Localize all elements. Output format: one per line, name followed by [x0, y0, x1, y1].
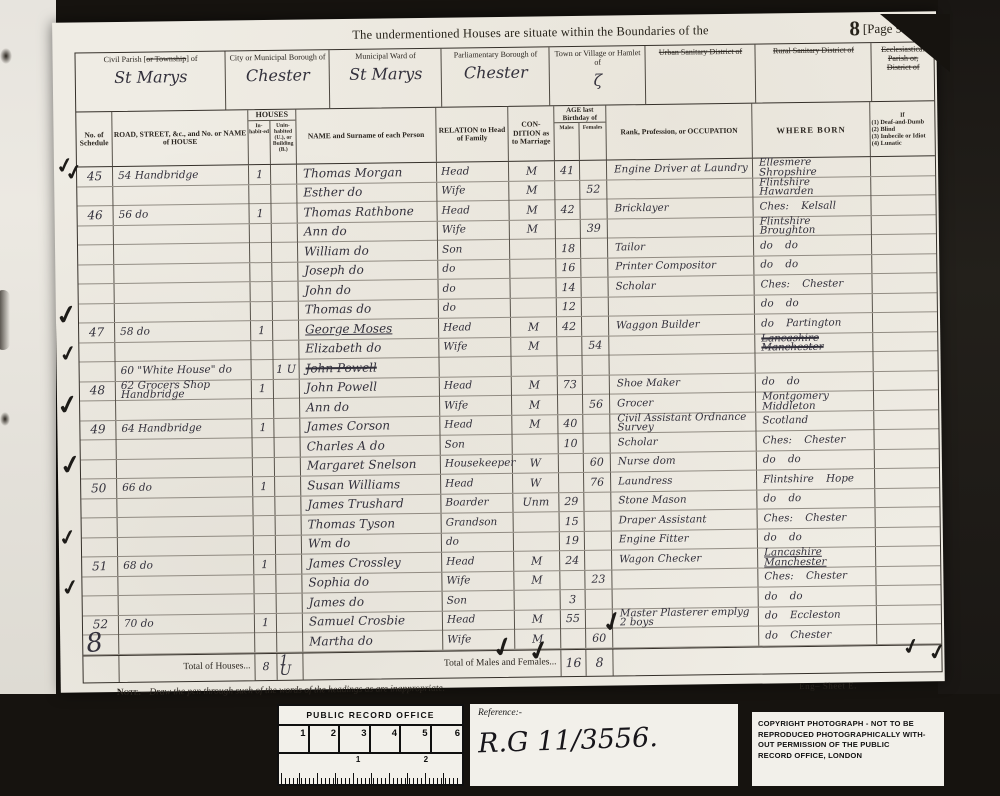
pro-title: PUBLIC RECORD OFFICE: [279, 706, 462, 726]
cell-relation: do: [439, 298, 511, 317]
cell-age-female: 52: [580, 180, 607, 199]
cell-infirmity: [874, 371, 938, 391]
copyright-line: REPRODUCED PHOTOGRAPHICALLY WITH-: [758, 730, 938, 741]
check-mark: ✓: [54, 389, 81, 423]
cell-where-born: Montgomery Middleton: [756, 391, 874, 412]
ruler-inch-number: 2: [310, 726, 341, 752]
district-box: Urban Sanitary District of: [645, 45, 756, 104]
cell-inhabited: 1: [249, 204, 271, 223]
cell-relation: Wife: [442, 571, 514, 590]
cell-name: Esther do: [297, 182, 437, 203]
cell-uninhabited: [272, 223, 298, 242]
cell-relation: Housekeeper: [441, 454, 513, 473]
cell-uninhabited: [277, 594, 303, 613]
cell-road: [113, 185, 249, 206]
cell-where-born: do Chester: [759, 625, 877, 645]
cell-schedule: [80, 401, 116, 420]
cell-occupation: [612, 568, 758, 588]
district-label: Town or Village or Hamlet of: [553, 48, 641, 67]
cell-uninhabited: [274, 399, 300, 418]
cell-age-male: 40: [558, 414, 583, 433]
cell-age-male: 29: [559, 492, 584, 511]
cell-where-born: Ches: Chester: [758, 508, 876, 528]
cell-uninhabited: [275, 457, 301, 476]
cell-occupation: [609, 354, 755, 374]
public-record-office-scale: PUBLIC RECORD OFFICE 123456 12: [277, 704, 464, 786]
census-table: No. of Schedule ROAD, STREET, &c., and N…: [75, 100, 942, 683]
cell-schedule: 51: [82, 557, 118, 576]
cell-age-female: [583, 375, 610, 394]
district-box: Civil Parish [or Township] ofSt Marys: [75, 52, 226, 112]
cell-name: Elizabeth do: [299, 338, 439, 359]
district-label: Civil Parish [or Township] of: [80, 54, 222, 65]
col-header-houses: HOUSES In-habit-ed Unin-habited (U.), or…: [248, 110, 297, 165]
col-header-occupation: Rank, Profession, or OCCUPATION: [606, 104, 753, 160]
cell-occupation: Master Plasterer emplyg 2 boys: [613, 607, 759, 628]
cell-relation: do: [438, 259, 510, 278]
cell-infirmity: [875, 468, 939, 487]
copyright-line: RECORD OFFICE, LONDON: [758, 751, 938, 762]
cell-inhabited: [250, 243, 272, 262]
cell-road: [117, 497, 253, 517]
cell-condition: M: [514, 571, 560, 590]
cell-infirmity: [876, 566, 940, 585]
cell-condition: M: [512, 415, 558, 435]
cell-infirmity: [872, 254, 936, 273]
cell-where-born: do do: [757, 489, 875, 509]
cell-age-male: 41: [555, 161, 580, 180]
district-value: ζ: [554, 70, 642, 90]
cell-occupation: [607, 178, 753, 199]
cell-infirmity: [877, 605, 941, 625]
district-value: [760, 58, 868, 59]
cell-occupation: Bricklayer: [607, 198, 753, 218]
reference-value: R.G 11/3556.: [478, 720, 731, 760]
district-box: Town or Village or Hamlet ofζ: [549, 46, 646, 105]
cell-road: 60 "White House" do: [116, 360, 252, 380]
scan-smudge: [0, 48, 12, 64]
cell-road: [115, 282, 251, 302]
cell-where-born: do do: [755, 294, 873, 314]
cell-schedule: [81, 440, 117, 459]
cell-condition: M: [515, 610, 561, 630]
ruler-cm-number: 1: [356, 755, 360, 764]
cell-where-born: Ches: Chester: [758, 567, 876, 587]
cell-where-born: do do: [758, 528, 876, 548]
cell-occupation: Draper Assistant: [612, 510, 758, 530]
total-houses-uninhabited: 1 U: [277, 653, 303, 679]
cell-age-female: 76: [584, 473, 611, 492]
scan-smudge: [0, 290, 10, 350]
cell-age-male: [560, 570, 585, 589]
cell-age-female: 23: [585, 570, 612, 589]
cell-occupation: Engine Driver at Laundry: [607, 159, 753, 180]
cell-schedule: [82, 518, 118, 537]
cell-infirmity: [876, 507, 940, 526]
cell-age-female: [580, 200, 607, 219]
cell-schedule: [79, 284, 115, 303]
total-houses-inhabited: 8: [255, 653, 277, 679]
cell-condition: Unm: [513, 493, 559, 512]
scan-torn-corner: [880, 14, 950, 72]
cell-schedule: 50: [81, 479, 117, 498]
cell-schedule: [81, 498, 117, 517]
cell-age-male: 14: [556, 278, 581, 297]
cell-uninhabited: [271, 184, 297, 203]
cell-name: Joseph do: [298, 260, 438, 280]
cell-uninhabited: [276, 555, 302, 574]
cell-infirmity: [872, 273, 936, 292]
scan-right-edge: [938, 0, 1000, 694]
scan-left-margin: [0, 0, 56, 694]
cell-occupation: Shoe Maker: [610, 373, 756, 394]
col-header-schedule: No. of Schedule: [76, 112, 113, 166]
cell-infirmity: [873, 293, 937, 312]
check-mark: ✓: [57, 339, 79, 367]
cell-condition: M: [514, 551, 560, 571]
district-label: Rural Sanitary District of: [759, 45, 867, 55]
sheet-label: Eng– Sheet E.: [799, 680, 857, 691]
cell-inhabited: [254, 574, 276, 593]
cell-occupation: Wagon Checker: [612, 549, 758, 570]
col-header-inhabited: In-habit-ed: [248, 120, 271, 164]
cell-road: [115, 341, 251, 362]
cell-condition: [514, 532, 560, 551]
cell-road: 64 Handbridge: [116, 419, 252, 440]
totals-empty-cells: [613, 645, 941, 675]
cell-relation: Wife: [438, 220, 510, 240]
cell-condition: M: [511, 317, 557, 336]
cell-name: Thomas Tyson: [302, 514, 442, 534]
ruler-cm-number: 2: [424, 755, 428, 764]
cell-infirmity: [873, 351, 937, 370]
cell-uninhabited: [276, 535, 302, 554]
footnote: Note.—Draw the pen through such of the w…: [117, 683, 445, 697]
cell-infirmity: [871, 176, 935, 196]
cell-infirmity: [874, 429, 938, 448]
cell-schedule: [78, 245, 114, 264]
cell-inhabited: [254, 535, 276, 554]
district-box: Parliamentary Borough ofChester: [441, 47, 550, 106]
cell-name: John Powell: [300, 358, 440, 378]
cell-uninhabited: [273, 321, 299, 340]
cell-condition: M: [512, 395, 558, 415]
cell-where-born: Flintshire Broughton: [754, 216, 872, 237]
cell-relation: Head: [437, 162, 509, 182]
district-box: Rural Sanitary District of: [755, 43, 872, 103]
district-value: Chester: [230, 65, 326, 85]
cell-uninhabited: [277, 613, 303, 632]
cell-schedule: [80, 362, 116, 381]
cell-age-male: 42: [557, 317, 582, 336]
cell-name: Thomas Rathbone: [297, 202, 437, 222]
check-mark: ✓: [57, 523, 79, 551]
cell-where-born: Lancashire Manchester: [755, 333, 873, 354]
cell-relation: Wife: [440, 396, 512, 416]
cell-age-female: [583, 414, 610, 433]
cell-infirmity: [872, 215, 936, 235]
ruler-inch-number: 5: [401, 726, 432, 752]
district-value: St Marys: [80, 67, 222, 88]
col-header-females: Females: [579, 123, 605, 160]
cell-relation: Head: [443, 610, 515, 630]
cell-relation: Son: [443, 591, 515, 610]
cell-road: [115, 302, 251, 322]
cell-occupation: Scholar: [608, 276, 754, 296]
ruler-inch-number: 1: [279, 726, 310, 752]
cell-road: 62 Grocers Shop Handbridge: [116, 380, 252, 401]
cell-relation: Son: [441, 435, 513, 454]
cell-road: [118, 575, 254, 595]
cell-relation: Head: [442, 552, 514, 572]
district-value: St Marys: [334, 64, 438, 84]
cell-relation: Head: [440, 376, 512, 396]
cell-name: Samuel Crosbie: [303, 611, 443, 632]
cell-inhabited: [249, 184, 271, 203]
cell-where-born: Ches: Chester: [756, 430, 874, 450]
cell-relation: Wife: [439, 337, 511, 357]
cell-occupation: Tailor: [608, 237, 754, 257]
cell-inhabited: [252, 360, 274, 379]
cell-schedule: [78, 226, 114, 245]
cell-where-born: Flintshire Hope: [757, 469, 875, 489]
cell-age-male: [561, 629, 586, 648]
cell-where-born: Scotland: [756, 411, 874, 432]
cell-inhabited: 1: [252, 379, 274, 398]
cell-road: 56 do: [113, 204, 249, 224]
cell-condition: [513, 434, 559, 453]
cell-age-male: 12: [557, 297, 582, 316]
cell-relation: Head: [437, 201, 509, 220]
cell-road: [114, 224, 250, 245]
cell-infirmity: [875, 488, 939, 507]
cell-age-male: 73: [558, 375, 583, 394]
district-box: City or Municipal Borough ofChester: [225, 50, 330, 109]
cell-age-male: [556, 219, 581, 238]
cell-condition: M: [509, 181, 555, 201]
cell-age-female: [581, 278, 608, 297]
district-label: Parliamentary Borough of: [445, 49, 545, 59]
cell-schedule: [83, 596, 119, 615]
cell-road: [117, 438, 253, 458]
cell-schedule: [79, 343, 115, 362]
cell-uninhabited: 1 U: [274, 360, 300, 379]
cell-uninhabited: [273, 340, 299, 359]
cell-schedule: 46: [77, 206, 113, 225]
district-label: City or Municipal Borough of: [229, 52, 325, 62]
cell-where-born: do do: [754, 255, 872, 275]
cell-relation: do: [442, 532, 514, 551]
cell-road: [116, 399, 252, 420]
cell-where-born: do Eccleston: [759, 606, 877, 627]
cell-road: [118, 536, 254, 556]
cell-occupation: Nurse dom: [611, 451, 757, 471]
cell-occupation: Laundress: [611, 471, 757, 491]
cell-relation: Head: [440, 415, 512, 435]
cell-relation: Boarder: [441, 493, 513, 512]
district-label: Urban Sanitary District of: [649, 47, 751, 57]
cell-schedule: 47: [79, 323, 115, 342]
cell-condition: [510, 239, 556, 258]
cell-infirmity: [875, 449, 939, 468]
cell-occupation: Engine Fitter: [612, 529, 758, 549]
total-males-females-label: Total of Males and Females...: [303, 650, 561, 679]
cell-name: Margaret Snelson: [301, 455, 441, 475]
district-label: Municipal Ward of: [333, 51, 437, 61]
cell-condition: M: [511, 337, 557, 357]
cell-occupation: Printer Compositor: [608, 256, 754, 276]
col-header-infirmity: If (1) Deaf-and-Dumb (2) Blind (3) Imbec…: [870, 101, 935, 156]
cell-schedule: [77, 187, 113, 206]
cell-inhabited: 1: [253, 477, 275, 496]
district-value: Chester: [446, 62, 546, 82]
cell-where-born: Flintshire Hawarden: [753, 177, 871, 198]
cell-condition: [511, 356, 557, 375]
cell-occupation: Waggon Builder: [609, 315, 755, 335]
cell-where-born: Ellesmere Shropshire: [753, 157, 871, 178]
cell-age-male: 3: [561, 590, 586, 609]
copyright-line: OUT PERMISSION OF THE PUBLIC: [758, 740, 938, 751]
cell-inhabited: [255, 594, 277, 613]
cell-inhabited: 1: [249, 165, 271, 184]
cell-infirmity: [873, 312, 937, 331]
cell-age-male: 24: [560, 551, 585, 570]
cell-name: John Powell: [300, 377, 440, 398]
form-heading: The undermentioned Houses are situate wi…: [352, 23, 709, 43]
cell-name: William do: [298, 241, 438, 261]
cell-age-male: [557, 356, 582, 375]
cell-infirmity: [876, 527, 940, 546]
cell-age-female: [580, 161, 607, 180]
cell-condition: M: [509, 161, 555, 181]
cell-schedule: [79, 304, 115, 323]
cell-name: Susan Williams: [301, 475, 441, 495]
ruler-inch-number: 4: [371, 726, 402, 752]
cell-road: [118, 516, 254, 536]
cell-road: 54 Handbridge: [113, 165, 249, 186]
sheet-number: 8: [849, 16, 860, 40]
cell-occupation: [609, 295, 755, 315]
check-mark: ✓: [53, 299, 80, 333]
cell-uninhabited: [275, 496, 301, 515]
cell-age-male: 15: [560, 512, 585, 531]
cell-name: Ann do: [300, 397, 440, 418]
census-scan-photo: The undermentioned Houses are situate wi…: [0, 0, 1000, 796]
cell-inhabited: [250, 223, 272, 242]
cell-age-female: 54: [582, 336, 609, 355]
cell-uninhabited: [272, 243, 298, 262]
cell-age-male: 55: [561, 609, 586, 628]
cell-infirmity: [871, 195, 935, 214]
cell-name: James do: [303, 592, 443, 612]
cell-name: Charles A do: [301, 436, 441, 456]
cell-schedule: [81, 460, 117, 479]
cell-road: [117, 458, 253, 478]
copyright-line: COPYRIGHT PHOTOGRAPH - NOT TO BE: [758, 719, 938, 730]
col-header-road: ROAD, STREET, &c., and No. or NAME of HO…: [112, 110, 249, 166]
cell-name: James Trushard: [301, 494, 441, 514]
col-header-condition: CON-DITION as to Marriage: [508, 106, 555, 161]
cell-age-male: [558, 395, 583, 414]
cell-condition: W: [513, 454, 559, 473]
ruler-ticks: [281, 773, 460, 784]
cell-age-female: [582, 356, 609, 375]
cell-inhabited: [255, 633, 277, 652]
cell-inhabited: [252, 399, 274, 418]
cell-age-male: 18: [556, 239, 581, 258]
district-value: [650, 60, 752, 61]
cell-where-born: do Partington: [755, 313, 873, 333]
cell-name: Wm do: [302, 533, 442, 553]
cell-age-male: [557, 336, 582, 355]
cell-road: [119, 594, 255, 614]
cell-infirmity: [876, 546, 940, 566]
cell-road: 58 do: [115, 321, 251, 341]
col-header-males: Males: [554, 123, 579, 160]
cell-age-female: [586, 590, 613, 609]
district-value: [876, 75, 931, 76]
cell-uninhabited: [274, 379, 300, 398]
cell-infirmity: [874, 390, 938, 410]
cell-name: George Moses: [299, 319, 439, 339]
ruler-inch-number: 6: [432, 726, 463, 752]
census-sheet: The undermentioned Houses are situate wi…: [52, 11, 945, 693]
cell-name: Sophia do: [302, 572, 442, 592]
cell-age-female: [581, 239, 608, 258]
cell-occupation: [613, 627, 759, 647]
cell-inhabited: 1: [252, 418, 274, 437]
check-mark: ✓: [59, 573, 81, 601]
ruler-inch-number: 3: [340, 726, 371, 752]
cell-road: [114, 243, 250, 263]
cell-uninhabited: [276, 516, 302, 535]
cell-road: [114, 263, 250, 283]
cell-where-born: Ches: Chester: [754, 274, 872, 294]
cell-schedule: [82, 537, 118, 556]
cell-name: Thomas do: [299, 299, 439, 319]
cell-road: 68 do: [118, 555, 254, 576]
col-header-uninhabited: Unin-habited (U.), or Building (B.): [270, 120, 296, 164]
cell-occupation: Scholar: [611, 432, 757, 452]
cell-uninhabited: [272, 262, 298, 281]
cell-age-male: [555, 180, 580, 199]
col-header-age: AGE last Birthday of Males Females: [554, 106, 607, 161]
cell-name: Thomas Morgan: [297, 163, 437, 184]
cell-schedule: [82, 576, 118, 595]
cell-name: Ann do: [298, 221, 438, 242]
total-houses-label: Total of Houses...: [119, 654, 255, 682]
cell-age-female: 60: [584, 453, 611, 472]
cell-condition: [515, 590, 561, 609]
cell-relation: [439, 357, 511, 376]
cell-inhabited: [251, 340, 273, 359]
copyright-box: COPYRIGHT PHOTOGRAPH - NOT TO BEREPRODUC…: [752, 712, 944, 786]
cell-uninhabited: [276, 574, 302, 593]
scan-smudge: [0, 412, 10, 426]
cell-inhabited: [253, 496, 275, 515]
cell-condition: M: [510, 220, 556, 240]
cell-inhabited: [254, 516, 276, 535]
cell-name: James Crossley: [302, 553, 442, 574]
cell-age-female: [582, 297, 609, 316]
cell-uninhabited: [273, 301, 299, 320]
cell-condition: M: [509, 200, 555, 219]
cell-age-female: [582, 317, 609, 336]
cell-uninhabited: [275, 438, 301, 457]
col-header-name: NAME and Surname of each Person: [296, 108, 437, 164]
cell-where-born: do do: [754, 235, 872, 255]
cell-where-born: do do: [759, 586, 877, 606]
